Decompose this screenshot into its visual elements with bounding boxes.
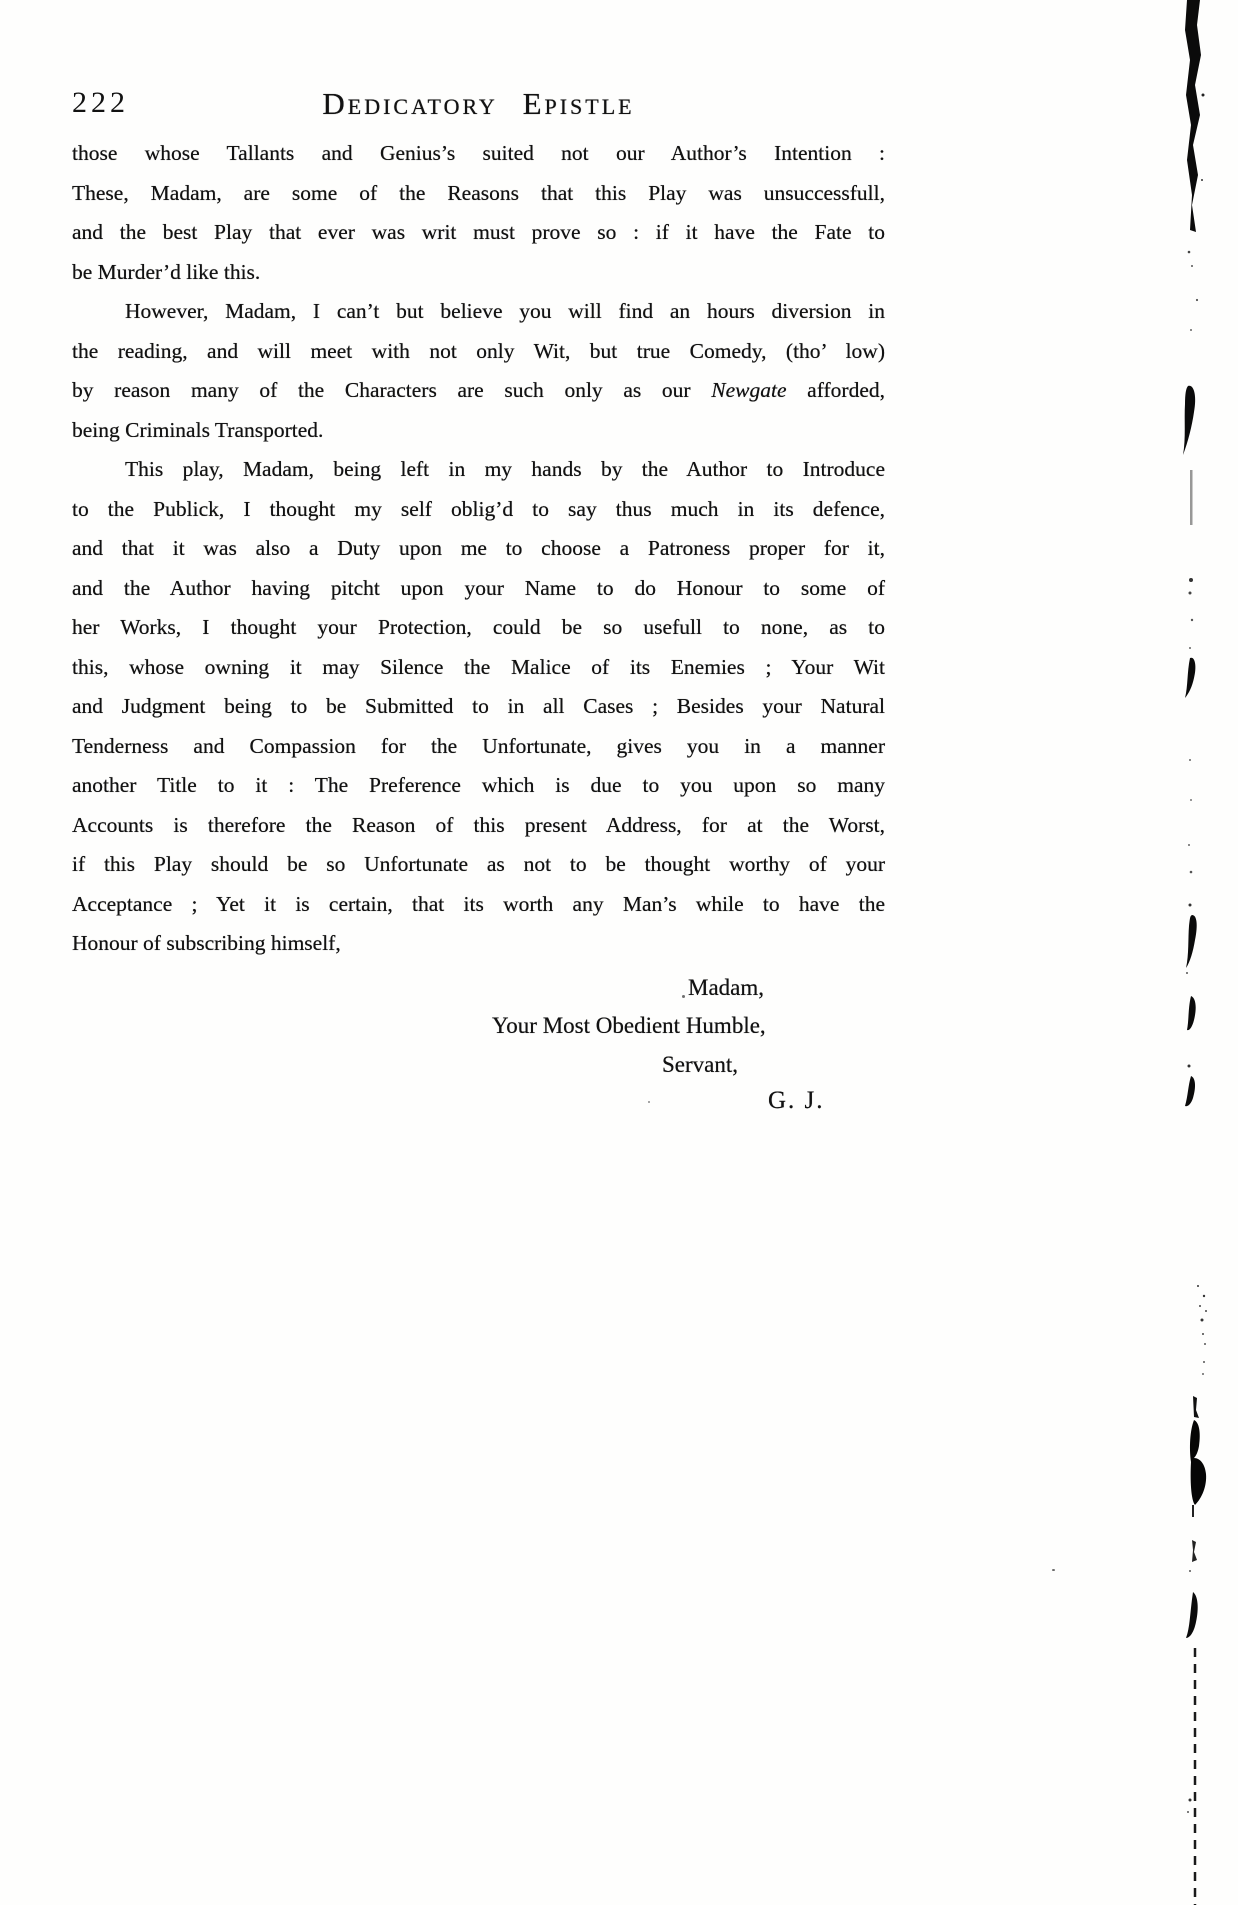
text-line: to the Publick, I thought my self oblig’…	[72, 490, 885, 530]
epistle-body: those whose Tallants and Genius’s suited…	[72, 134, 885, 964]
author-initials: G. J.	[768, 1087, 825, 1115]
text-line: if this Play should be so Unfortunate as…	[72, 845, 885, 885]
text-line: and the Author having pitcht upon your N…	[72, 569, 885, 609]
page-header: 222 Dedicatory Epistle	[72, 80, 885, 122]
closing-salutation: Madam,	[688, 974, 764, 1002]
book-page: 222 Dedicatory Epistle those whose Talla…	[0, 0, 1238, 1905]
text-line: being Criminals Transported.	[72, 411, 885, 451]
closing-line-obedient: Your Most Obedient Humble,	[492, 1012, 766, 1040]
text-line: her Works, I thought your Protection, co…	[72, 608, 885, 648]
text-line: those whose Tallants and Genius’s suited…	[72, 134, 885, 174]
text-line: this, whose owning it may Silence the Ma…	[72, 648, 885, 688]
text-line: These, Madam, are some of the Reasons th…	[72, 174, 885, 214]
text-line: However, Madam, I can’t but believe you …	[72, 292, 885, 332]
text-line: This play, Madam, being left in my hands…	[72, 450, 885, 490]
text-line: and the best Play that ever was writ mus…	[72, 213, 885, 253]
scan-binding-marks-icon	[1178, 0, 1238, 1905]
text-line: Accounts is therefore the Reason of this…	[72, 806, 885, 846]
scan-speck	[648, 1101, 650, 1103]
text-line: by reason many of the Characters are suc…	[72, 371, 885, 411]
text-line: be Murder’d like this.	[72, 253, 885, 293]
running-title: Dedicatory Epistle	[72, 86, 885, 122]
text-line: Tenderness and Compassion for the Unfort…	[72, 727, 885, 767]
text-line: Honour of subscribing himself,	[72, 924, 885, 964]
text-line: and that it was also a Duty upon me to c…	[72, 529, 885, 569]
closing-line-servant: Servant,	[662, 1051, 738, 1079]
text-line: and Judgment being to be Submitted to in…	[72, 687, 885, 727]
text-line: another Title to it : The Preference whi…	[72, 766, 885, 806]
scan-speck	[1052, 1569, 1055, 1571]
text-line: Acceptance ; Yet it is certain, that its…	[72, 885, 885, 925]
text-line: the reading, and will meet with not only…	[72, 332, 885, 372]
scan-speck	[682, 995, 685, 998]
